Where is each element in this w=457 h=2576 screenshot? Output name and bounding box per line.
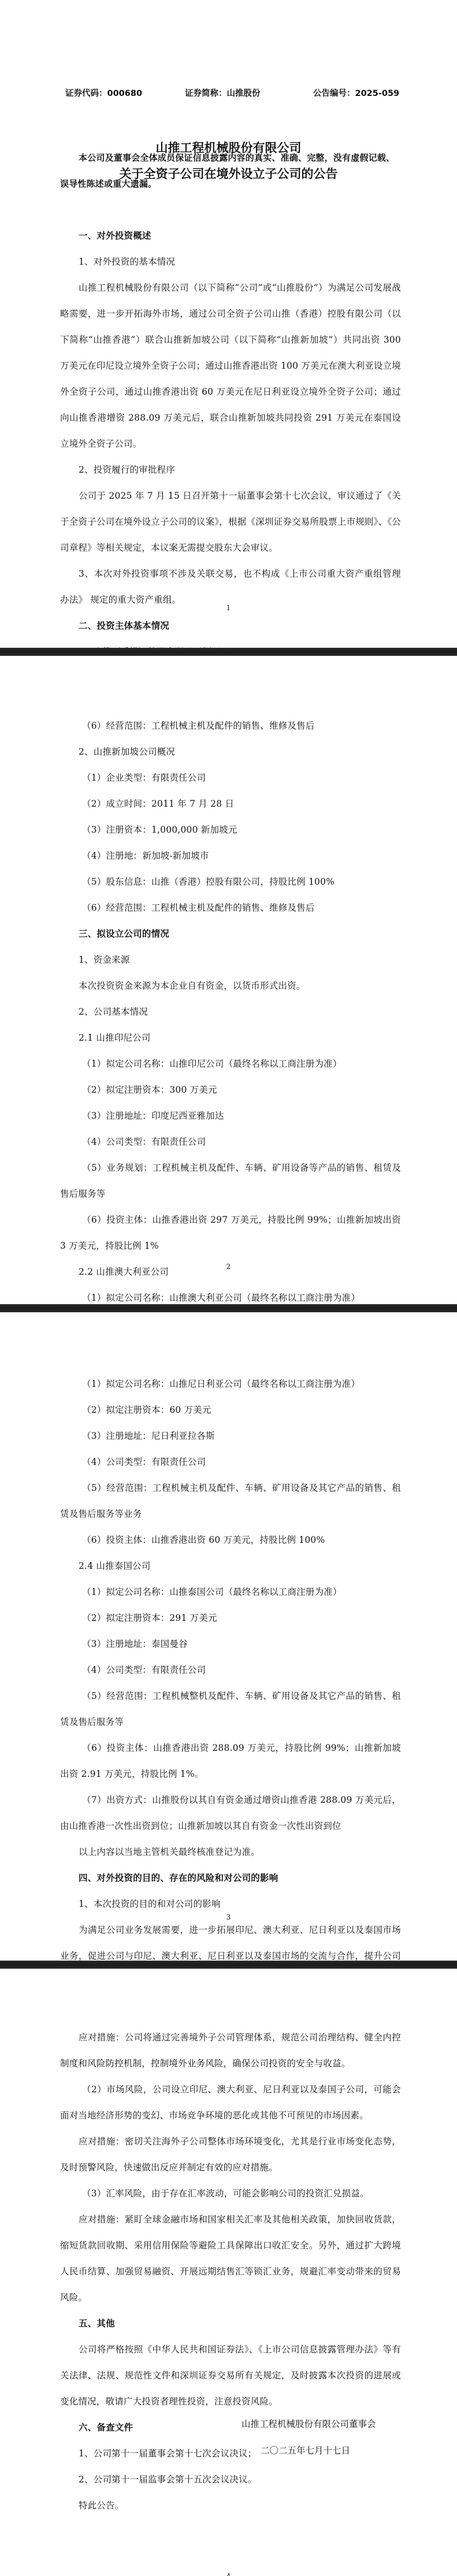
list-item: （1）拟定公司名称：山推泰国公司（最终名称以工商注册为准） <box>60 1579 401 1605</box>
page-number: 1 <box>0 604 457 612</box>
list-item: （6）投资主体：山推香港出资 288.09 万美元，持股比例 99%；山推新加坡… <box>60 1735 401 1787</box>
subsection-title: 1、对外投资的基本情况 <box>60 249 401 275</box>
section-heading-3: 三、拟设立公司的情况 <box>60 921 401 947</box>
page-number: 3 <box>0 1913 457 1921</box>
list-item: （3）注册地址：印度尼西亚雅加达 <box>60 1103 401 1129</box>
page-separator <box>0 1961 457 1969</box>
subsection-title: 2.1 山推印尼公司 <box>60 1025 401 1051</box>
closing-statement: 特此公告。 <box>60 2493 401 2519</box>
list-item: （6）经营范围：工程机械主机及配件的销售、维修及售后 <box>60 895 401 921</box>
subsection-title: 1、资金来源 <box>60 947 401 973</box>
stock-code: 证券代码：000680 <box>65 87 142 99</box>
registration-note: 以上内容以当地主管机关最终核准登记为准。 <box>60 1839 401 1865</box>
subsection-title: 1、山推（香港）控股有限公司概况 <box>60 639 401 648</box>
list-item: （4）注册地：新加坡-新加坡市 <box>60 843 401 869</box>
list-item: （2）拟定注册资本：60 万美元 <box>60 1397 401 1423</box>
section-heading-4: 四、对外投资的目的、存在的风险和对公司的影响 <box>60 1865 401 1891</box>
page-separator <box>0 648 457 656</box>
list-item: （4）公司类型：有限责任公司 <box>60 1657 401 1683</box>
list-item: （1）拟定公司名称：山推澳大利亚公司（最终名称以工商注册为准） <box>60 1285 401 1304</box>
page-3-body: （1）拟定公司名称：山推尼日利亚公司（最终名称以工商注册为准） （2）拟定注册资… <box>60 1371 401 1961</box>
paragraph-measure-1: 应对措施：公司将通过完善境外子公司管理体系，规范公司治理结构、健全内控制度和风险… <box>60 2025 401 2077</box>
list-item: （4）公司类型：有限责任公司 <box>60 1449 401 1475</box>
paragraph-measure-3: 应对措施：紧盯全球金融市场和国家相关汇率及其他相关政策，加快回收货款，缩短货款回… <box>60 2207 401 2311</box>
subsection-title: 2、公司基本情况 <box>60 999 401 1025</box>
list-item: （1）拟定公司名称：山推印尼公司（最终名称以工商注册为准） <box>60 1051 401 1077</box>
list-item: （2）成立时间：2011 年 7 月 28 日 <box>60 791 401 817</box>
paragraph-measure-2: 应对措施：密切关注海外子公司整体市场环境变化，尤其是行业市场变化态势，及时预警风… <box>60 2129 401 2181</box>
subsection-title: 2.4 山推泰国公司 <box>60 1553 401 1579</box>
list-item: （6）投资主体：山推香港出资 60 万美元，持股比例 100% <box>60 1527 401 1553</box>
list-item: （7）出资方式：山推股份以其自有资金通过增资山推香港 288.09 万美元后，由… <box>60 1787 401 1839</box>
list-item: （5）股东信息：山推（香港）控股有限公司，持股比例 100% <box>60 869 401 895</box>
disclaimer-line-1: 本公司及董事会全体成员保证信息披露内容的真实、准确、完整，没有虚假记载、 <box>60 145 401 171</box>
stock-abbreviation: 证券简称：山推股份 <box>185 87 261 99</box>
fund-source-text: 本次投资资金来源为本企业自有资金，以货币形式出资。 <box>60 973 401 999</box>
list-item: （3）注册地址：泰国曼谷 <box>60 1631 401 1657</box>
list-item: （4）公司类型：有限责任公司 <box>60 1129 401 1155</box>
list-item: （1）企业类型：有限责任公司 <box>60 765 401 791</box>
list-item: （3）注册地址：尼日利亚拉各斯 <box>60 1423 401 1449</box>
paragraph-other: 公司将严格按照《中华人民共和国证券法》、《上市公司信息披露管理办法》等有关法律、… <box>60 2337 401 2415</box>
list-item: （6）经营范围：工程机械主机及配件的销售、维修及售后 <box>60 713 401 739</box>
page-number: 2 <box>0 1263 457 1271</box>
signature-date: 二〇二五年七月十七日 <box>261 2444 350 2456</box>
disclaimer-line-2: 误导性陈述或重大遗漏。 <box>60 171 401 197</box>
signature-organization: 山推工程机械股份有限公司董事会 <box>241 2417 376 2430</box>
page-number: 4 <box>0 2572 457 2576</box>
paragraph-purpose: 为满足公司业务发展需要，进一步拓展印尼、澳大利亚、尼日利亚以及泰国市场业务，促进… <box>60 1917 401 1961</box>
page-1: 证券代码：000680 证券简称：山推股份 公告编号：2025-059 山推工程… <box>0 0 457 648</box>
paragraph-fx-risk: （3）汇率风险，由于存在汇率波动，可能会影响公司的投资汇兑损益。 <box>60 2181 401 2207</box>
page-2: （6）经营范围：工程机械主机及配件的销售、维修及售后 2、山推新加坡公司概况 （… <box>0 656 457 1304</box>
list-item: （2）拟定注册资本：300 万美元 <box>60 1077 401 1103</box>
paragraph-market-risk: （2）市场风险，公司设立印尼、澳大利亚、尼日利亚以及泰国子公司，可能会面对当地经… <box>60 2077 401 2129</box>
page-2-body: （6）经营范围：工程机械主机及配件的销售、维修及售后 2、山推新加坡公司概况 （… <box>60 713 401 1304</box>
list-item: （5）经营范围：工程机械整机及配件、车辆、矿用设备及其它产品的销售、租赁及售后服… <box>60 1683 401 1735</box>
announcement-number: 公告编号：2025-059 <box>313 87 399 99</box>
section-heading-5: 五、其他 <box>60 2311 401 2337</box>
paragraph-basic-info: 山推工程机械股份有限公司（以下简称“公司”或“山推股份”）为满足公司发展战略需要… <box>60 275 401 457</box>
reference-document: 2、公司第十一届监事会第十五次会议决议。 <box>60 2467 401 2493</box>
list-item: （5）经营范围：工程机械主机及配件、车辆、矿用设备及其它产品的销售、租赁及售后服… <box>60 1475 401 1527</box>
list-item: （6）投资主体：山推香港出资 297 万美元，持股比例 99%；山推新加坡出资 … <box>60 1207 401 1259</box>
list-item: （5）业务规划：工程机械主机及配件、车辆、矿用设备等产品的销售、租赁及售后服务等 <box>60 1155 401 1207</box>
section-heading-2: 二、投资主体基本情况 <box>60 613 401 639</box>
paragraph-approval: 公司于 2025 年 7 月 15 日召开第十一届董事会第十七次会议，审议通过了… <box>60 483 401 561</box>
subsection-title: 2、投资履行的审批程序 <box>60 457 401 483</box>
list-item: （2）拟定注册资本：291 万美元 <box>60 1605 401 1631</box>
section-heading-1: 一、对外投资概述 <box>60 223 401 249</box>
page-1-body: 本公司及董事会全体成员保证信息披露内容的真实、准确、完整，没有虚假记载、 误导性… <box>60 145 401 648</box>
list-item: （3）注册资本：1,000,000 新加坡元 <box>60 817 401 843</box>
page-4: 应对措施：公司将通过完善境外子公司管理体系，规范公司治理结构、健全内控制度和风险… <box>0 1969 457 2576</box>
list-item: （1）拟定公司名称：山推尼日利亚公司（最终名称以工商注册为准） <box>60 1371 401 1397</box>
subsection-title: 2、山推新加坡公司概况 <box>60 739 401 765</box>
page-separator <box>0 1304 457 1312</box>
page-3: （1）拟定公司名称：山推尼日利亚公司（最终名称以工商注册为准） （2）拟定注册资… <box>0 1312 457 1961</box>
